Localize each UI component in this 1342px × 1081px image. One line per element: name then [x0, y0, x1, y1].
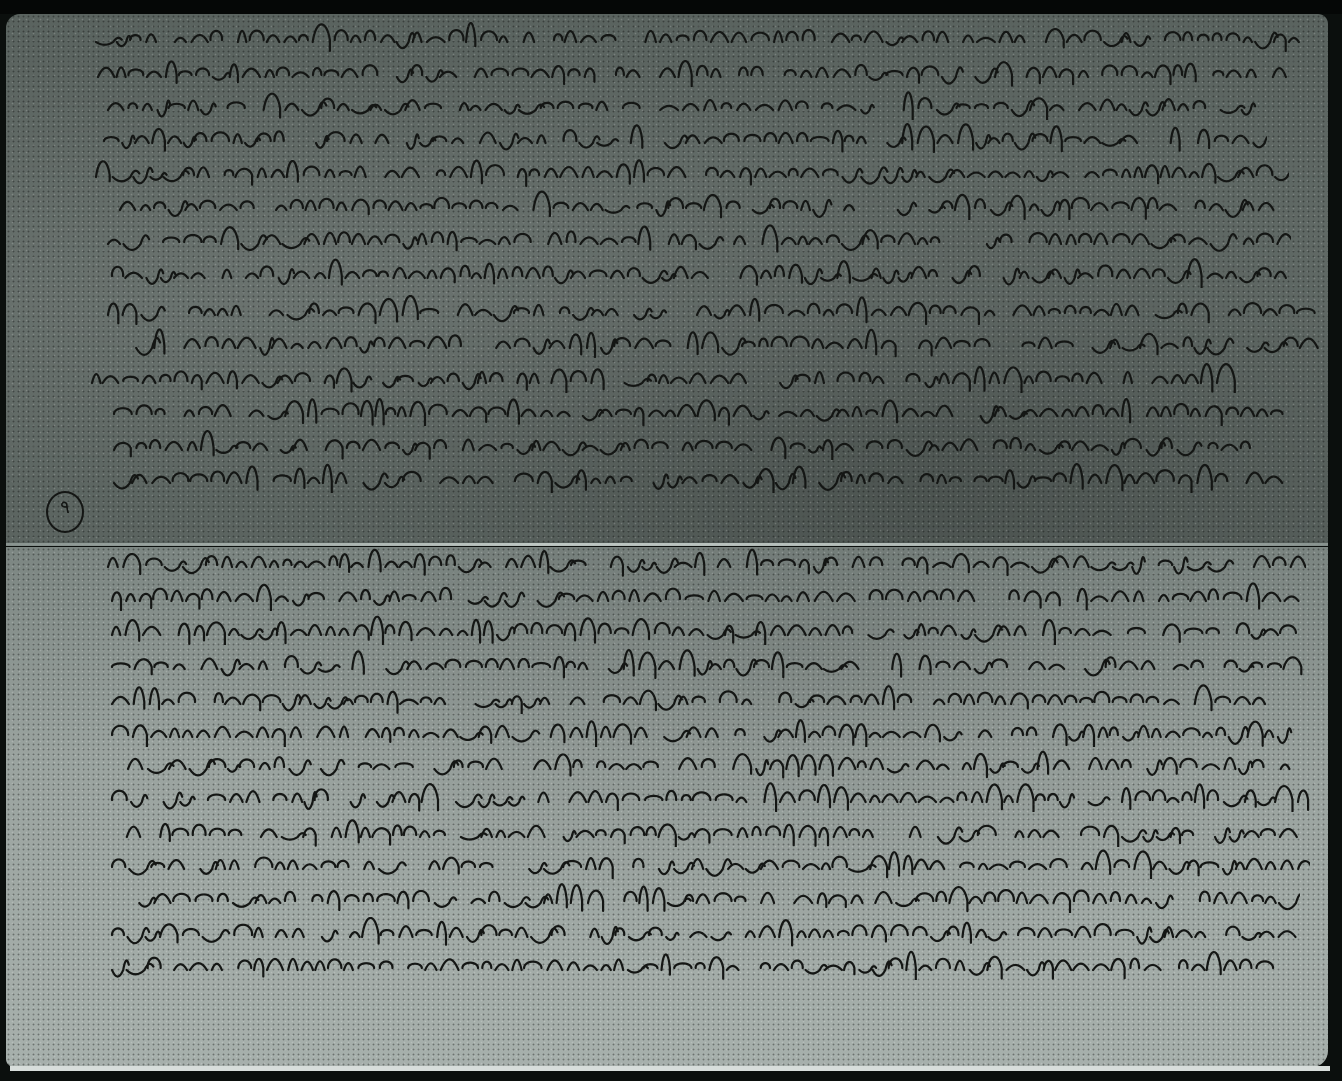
- handwriting-strokes: [106, 90, 1266, 120]
- handwriting-strokes: [104, 190, 1284, 220]
- manuscript-text-line: [110, 615, 1300, 645]
- manuscript-text-line: [110, 817, 1310, 847]
- paper-bottom-edge: [10, 1066, 1330, 1071]
- manuscript-text-line: [96, 57, 1296, 87]
- handwriting-strokes: [110, 684, 1310, 714]
- manuscript-text-line: [110, 649, 1310, 679]
- handwriting-strokes: [106, 224, 1291, 254]
- circled-page-number: ٩: [46, 491, 84, 533]
- handwriting-strokes: [110, 717, 1300, 747]
- manuscript-text-line: [94, 22, 1304, 52]
- manuscript-text-line: [94, 157, 1289, 187]
- handwriting-strokes: [110, 883, 1300, 913]
- handwriting-strokes: [110, 749, 1300, 779]
- handwriting-strokes: [110, 849, 1310, 879]
- handwriting-strokes: [112, 396, 1287, 426]
- handwriting-strokes: [112, 430, 1252, 460]
- handwriting-strokes: [94, 157, 1289, 187]
- handwriting-strokes: [102, 123, 1267, 153]
- page-fold-crease: [6, 543, 1328, 546]
- manuscript-text-line: [110, 717, 1300, 747]
- manuscript-text-line: [110, 917, 1300, 947]
- manuscript-text-line: [110, 849, 1310, 879]
- manuscript-upper-leaf: ٩: [6, 14, 1328, 545]
- manuscript-text-line: [102, 123, 1267, 153]
- handwriting-strokes: [106, 295, 1316, 325]
- handwriting-strokes: [110, 615, 1300, 645]
- handwriting-strokes: [90, 363, 1250, 393]
- manuscript-text-line: [112, 396, 1287, 426]
- manuscript-text-line: [106, 224, 1291, 254]
- handwriting-strokes: [110, 817, 1310, 847]
- manuscript-text-line: [110, 950, 1290, 980]
- handwriting-strokes: [106, 547, 1306, 577]
- manuscript-text-line: [110, 328, 1320, 358]
- photo-border-top: [0, 0, 1342, 14]
- page-number-glyph: ٩: [48, 497, 82, 518]
- handwriting-strokes: [96, 57, 1296, 87]
- handwriting-strokes: [94, 22, 1304, 52]
- handwriting-strokes: [110, 258, 1290, 288]
- manuscript-text-line: [110, 749, 1300, 779]
- handwriting-strokes: [110, 782, 1310, 812]
- handwriting-strokes: [110, 328, 1320, 358]
- manuscript-text-line: [106, 295, 1316, 325]
- handwriting-strokes: [110, 581, 1310, 611]
- manuscript-text-line: [112, 430, 1252, 460]
- manuscript-text-line: [104, 190, 1284, 220]
- handwriting-strokes: [110, 917, 1300, 947]
- handwriting-strokes: [110, 950, 1290, 980]
- manuscript-lower-leaf: [6, 547, 1328, 1067]
- manuscript-text-line: [110, 883, 1300, 913]
- manuscript-text-line: [110, 258, 1290, 288]
- manuscript-text-line: [110, 581, 1310, 611]
- handwriting-strokes: [112, 463, 1292, 493]
- manuscript-text-line: [110, 684, 1310, 714]
- manuscript-text-line: [112, 463, 1292, 493]
- manuscript-text-line: [90, 363, 1250, 393]
- manuscript-text-line: [110, 782, 1310, 812]
- handwriting-strokes: [110, 649, 1310, 679]
- manuscript-text-line: [106, 90, 1266, 120]
- manuscript-text-line: [106, 547, 1306, 577]
